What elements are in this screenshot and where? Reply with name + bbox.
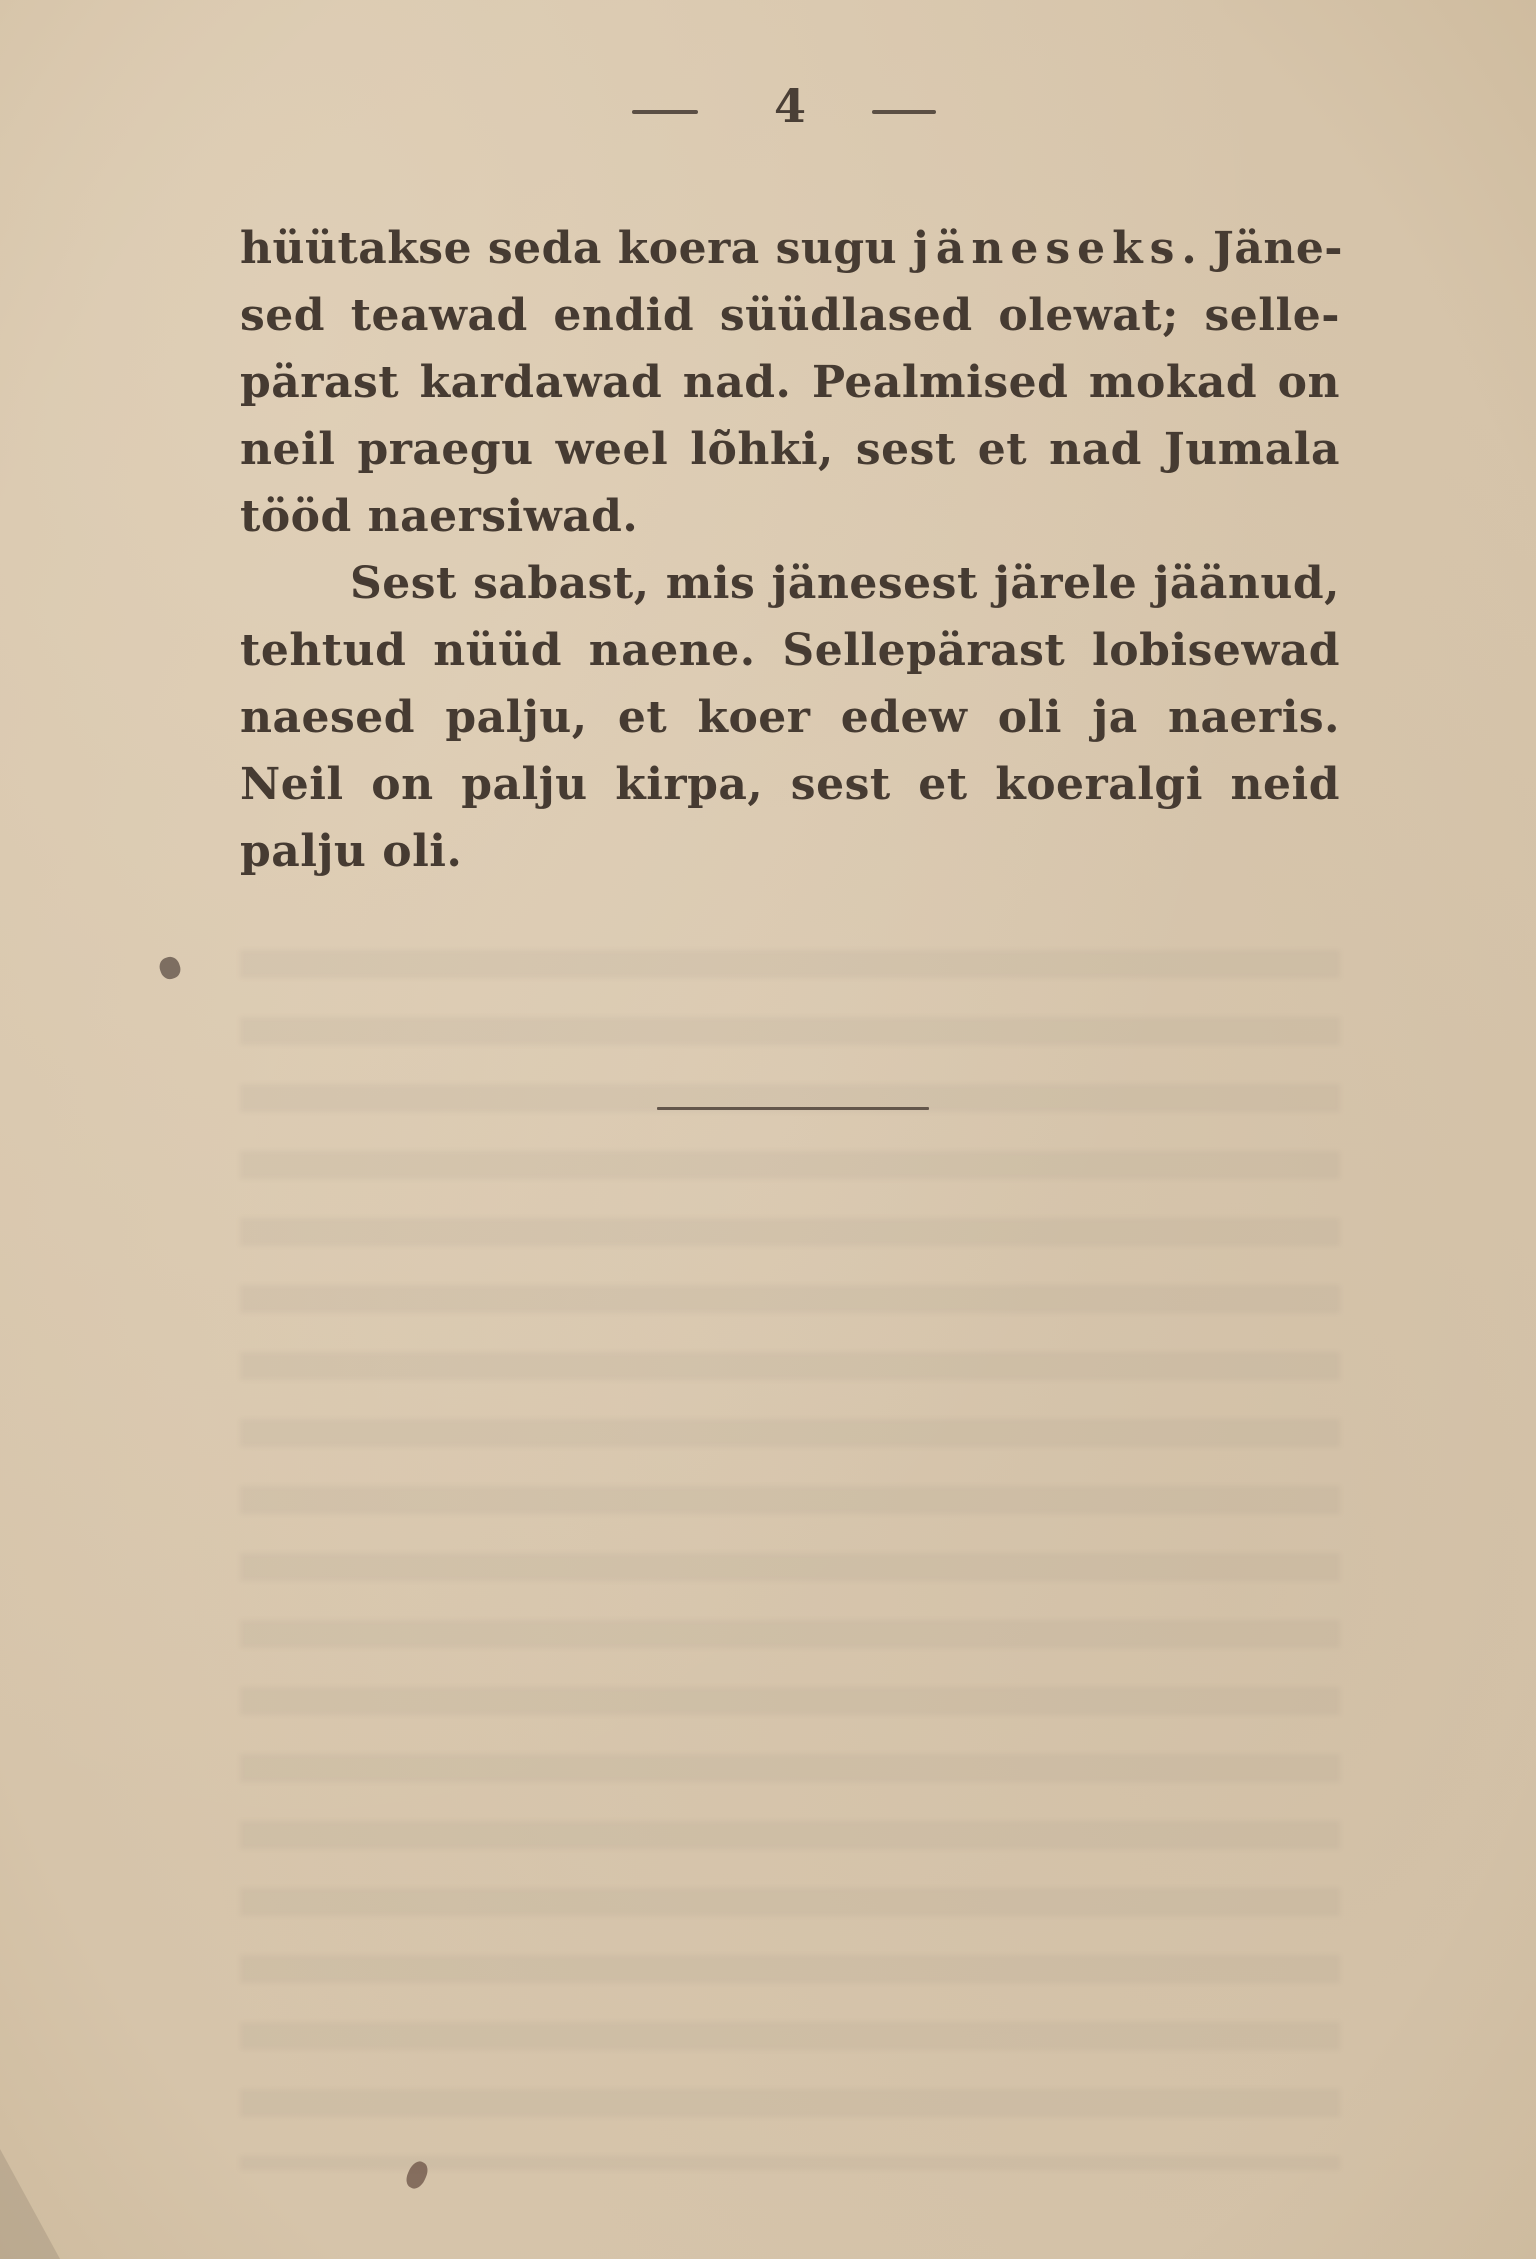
book-page: 4 hüütakse seda koera sugu jäneseks. Jän…: [0, 0, 1536, 2259]
text-line: sed teawad endid süüdlased olewat; selle…: [240, 282, 1340, 349]
text-line: tööd naersiwad.: [240, 483, 1340, 550]
text-line: palju oli.: [240, 818, 1340, 885]
emphasized-word: jäneseks: [913, 223, 1181, 274]
text-line: neil praegu weel lõhki, sest et nad Juma…: [240, 416, 1340, 483]
corner-fold: [0, 2149, 60, 2259]
line-text: hüütakse seda koera sugu: [240, 223, 913, 274]
ink-spot-left-margin: [157, 954, 183, 982]
text-line: hüütakse seda koera sugu jäneseks. Jäne-: [240, 215, 1340, 282]
paragraph-2: Sest sabast, mis jänesest järele jäänud,…: [240, 550, 1340, 885]
text-line: Neil on palju kirpa, sest et koeralgi ne…: [240, 751, 1340, 818]
text-line: tehtud nüüd naene. Sellepärast lobisewad: [240, 617, 1340, 684]
paragraph-1: hüütakse seda koera sugu jäneseks. Jäne-…: [240, 215, 1340, 550]
body-text: hüütakse seda koera sugu jäneseks. Jäne-…: [240, 215, 1340, 885]
page-number: 4: [770, 78, 810, 134]
line-text: . Jäne-: [1181, 223, 1343, 274]
header-dash-right: [872, 110, 936, 114]
header-dash-left: [632, 110, 698, 114]
text-line: naesed palju, et koer edew oli ja naeris…: [240, 684, 1340, 751]
page-header: 4: [0, 78, 1536, 138]
text-line: pärast kardawad nad. Pealmised mokad on: [240, 349, 1340, 416]
ink-spot-bottom: [403, 2159, 431, 2192]
text-line: Sest sabast, mis jänesest järele jäänud,: [240, 550, 1340, 617]
section-rule: [657, 1107, 929, 1110]
